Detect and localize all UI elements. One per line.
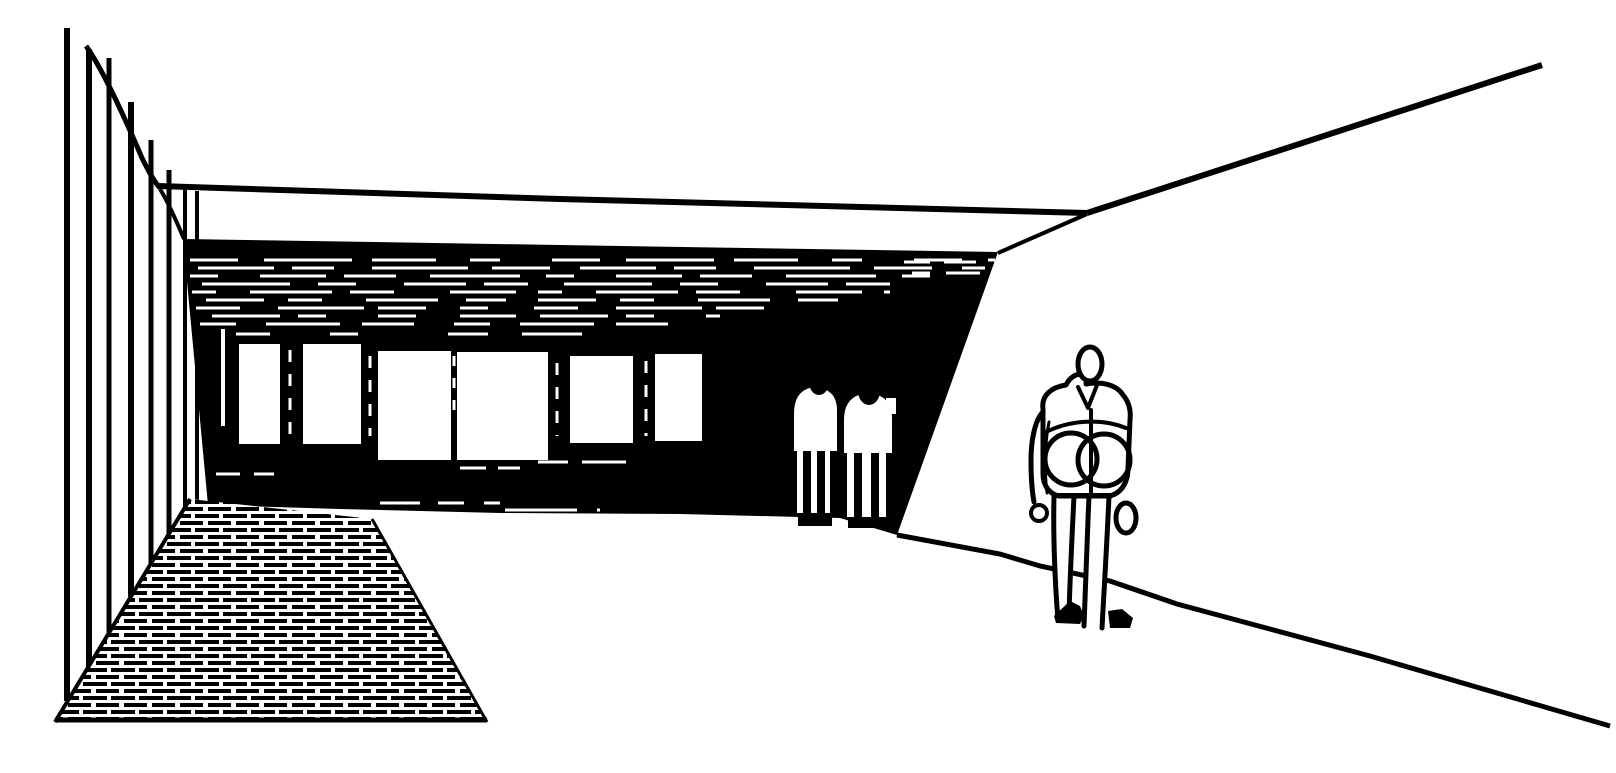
figure-head	[1078, 347, 1102, 381]
roof-edge-line	[1087, 65, 1542, 213]
window-frame-highlight	[221, 329, 225, 426]
figure-head	[858, 377, 880, 405]
sketch-canvas	[40, 16, 1616, 757]
window-pane	[570, 356, 633, 443]
floor-edge-line	[897, 535, 1610, 726]
wall-soffit-arc	[160, 189, 184, 239]
figure-shoulder-glow	[886, 398, 896, 414]
shadow-wall	[183, 239, 998, 535]
wall-top-arc	[86, 46, 160, 188]
figure-leg	[803, 451, 811, 519]
figure-leg	[817, 451, 825, 519]
window-pane	[378, 351, 451, 460]
figure-foot	[1108, 609, 1133, 628]
figure-torso	[794, 387, 837, 451]
figure-head	[809, 369, 829, 395]
ceiling-edge-line	[158, 186, 1087, 213]
figure-leg-glow	[797, 451, 830, 513]
figure-hand-left	[1031, 505, 1047, 521]
far-corner-line	[998, 214, 1087, 253]
architectural-sketch	[40, 16, 1616, 757]
figure-feet	[848, 518, 886, 528]
window-pane	[655, 354, 702, 441]
window-pane	[239, 344, 280, 444]
window-pane	[303, 344, 361, 444]
figure-leg	[854, 453, 862, 523]
window-pane	[457, 352, 548, 460]
figure-feet	[798, 514, 832, 526]
figure-leg	[871, 453, 879, 523]
figure-leg-glow	[847, 453, 886, 517]
floor-paving	[55, 499, 487, 722]
figure-bag-right	[1116, 503, 1136, 533]
